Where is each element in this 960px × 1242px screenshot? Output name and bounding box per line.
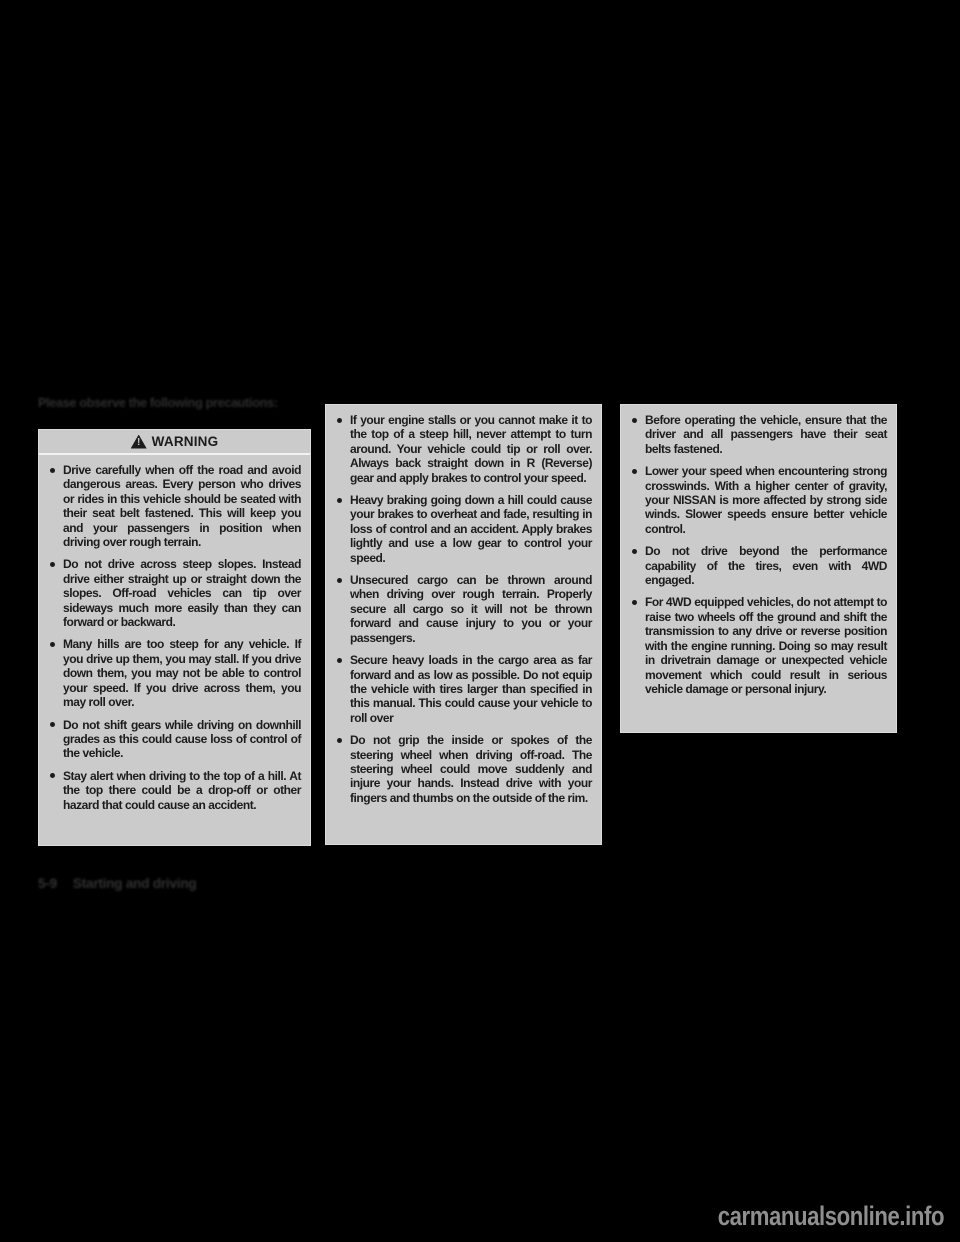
precaution-text: Unsecured cargo can be thrown around whe…: [350, 573, 592, 645]
precaution-text: Secure heavy loads in the cargo area as …: [350, 653, 592, 725]
precaution-text: For 4WD equipped vehicles, do not attemp…: [645, 595, 887, 695]
warning-box-header: WARNING: [39, 430, 310, 455]
precaution-item: Unsecured cargo can be thrown around whe…: [334, 573, 592, 645]
warning-triangle-icon: [131, 435, 147, 449]
bullet-icon: [632, 469, 637, 474]
bullet-icon: [50, 468, 55, 473]
bullet-icon: [632, 549, 637, 554]
precaution-item: Do not drive across steep slopes. Instea…: [47, 557, 301, 629]
precaution-text: Lower your speed when encountering stron…: [645, 464, 887, 536]
bullet-icon: [337, 498, 342, 503]
precaution-item: Heavy braking going down a hill could ca…: [334, 493, 592, 565]
precaution-item: Many hills are too steep for any vehicle…: [47, 637, 301, 709]
precaution-text: Stay alert when driving to the top of a …: [63, 769, 301, 812]
precaution-text: Heavy braking going down a hill could ca…: [350, 493, 592, 565]
precaution-text: Before operating the vehicle, ensure tha…: [645, 413, 887, 456]
precaution-item: For 4WD equipped vehicles, do not attemp…: [629, 595, 887, 696]
precaution-item: Do not shift gears while driving on down…: [47, 718, 301, 761]
precaution-text: Many hills are too steep for any vehicle…: [63, 637, 301, 709]
precautions-column-right: Before operating the vehicle, ensure tha…: [620, 404, 897, 733]
warning-title: WARNING: [152, 434, 219, 449]
precaution-item: Stay alert when driving to the top of a …: [47, 769, 301, 812]
precautions-column-middle: If your engine stalls or you cannot make…: [325, 404, 602, 845]
bullet-icon: [632, 418, 637, 423]
precaution-item: If your engine stalls or you cannot make…: [334, 413, 592, 485]
right-bullet-list: Before operating the vehicle, ensure tha…: [621, 405, 896, 702]
bullet-icon: [50, 642, 55, 647]
watermark: carmanualsonline.info: [718, 1201, 944, 1232]
bullet-icon: [50, 773, 55, 778]
bullet-icon: [337, 658, 342, 663]
bullet-icon: [337, 578, 342, 583]
precaution-item: Lower your speed when encountering stron…: [629, 464, 887, 536]
page-footer: 5-9Starting and driving: [38, 876, 196, 891]
precaution-item: Do not drive beyond the performance capa…: [629, 544, 887, 587]
precaution-item: Drive carefully when off the road and av…: [47, 463, 301, 549]
middle-bullet-list: If your engine stalls or you cannot make…: [326, 405, 601, 811]
precaution-item: Secure heavy loads in the cargo area as …: [334, 653, 592, 725]
footer-section-title: Starting and driving: [73, 876, 197, 891]
bullet-icon: [632, 600, 637, 605]
precaution-item: Before operating the vehicle, ensure tha…: [629, 413, 887, 456]
footer-page-number: 5-9: [38, 876, 57, 891]
warning-box: WARNING Drive carefully when off the roa…: [38, 429, 311, 846]
precaution-text: Do not drive beyond the performance capa…: [645, 544, 887, 587]
bullet-icon: [337, 418, 342, 423]
precaution-text: Do not drive across steep slopes. Instea…: [63, 557, 301, 629]
precaution-text: If your engine stalls or you cannot make…: [350, 413, 592, 485]
page-heading: Please observe the following precautions…: [38, 396, 328, 410]
bullet-icon: [50, 562, 55, 567]
precaution-text: Drive carefully when off the road and av…: [63, 463, 301, 549]
warning-bullet-list: Drive carefully when off the road and av…: [39, 455, 310, 818]
bullet-icon: [50, 722, 55, 727]
precaution-text: Do not shift gears while driving on down…: [63, 718, 301, 761]
precaution-item: Do not grip the inside or spokes of the …: [334, 733, 592, 805]
bullet-icon: [337, 738, 342, 743]
manual-page: { "colors": { "page_bg": "#000000", "box…: [0, 0, 960, 1242]
precaution-text: Do not grip the inside or spokes of the …: [350, 733, 592, 805]
